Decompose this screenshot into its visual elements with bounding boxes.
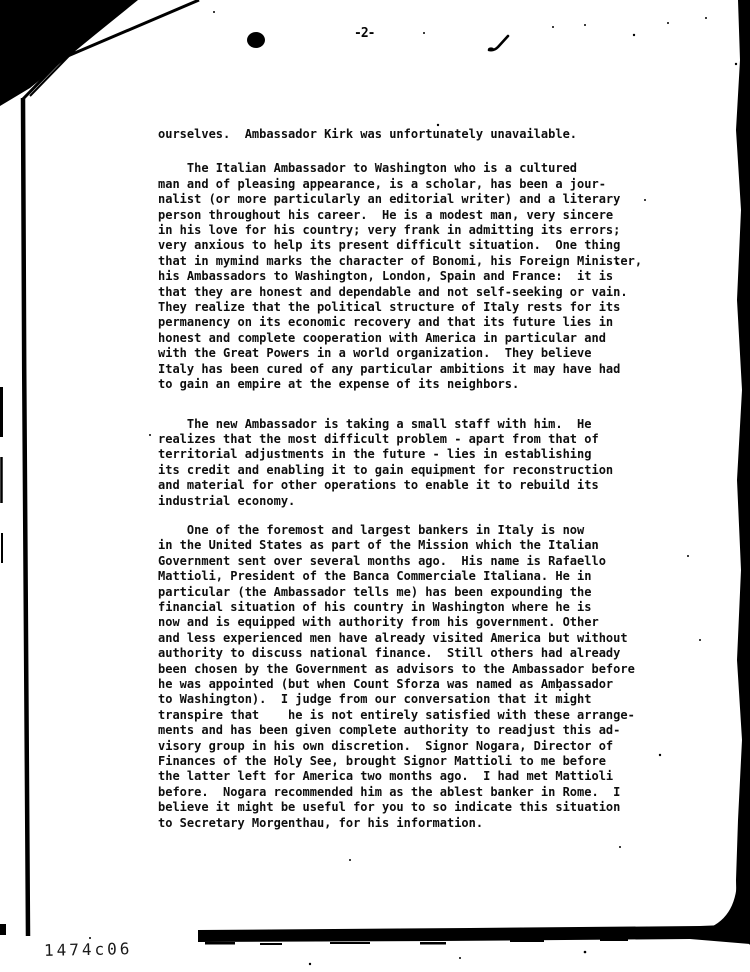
paragraph-1: ourselves. Ambassador Kirk was unfortuna… [158,127,663,142]
hole-punch-mark [247,32,265,48]
scan-fringe [205,939,628,945]
check-mark-blob [488,47,494,50]
scan-border-corner [695,870,750,940]
scan-border-right [736,0,750,945]
bottom-left-mark [0,924,6,935]
typewritten-text: ourselves. Ambassador Kirk was unfortuna… [158,127,663,831]
corner-crease-line-2 [30,27,97,96]
paragraph-3: The new Ambassador is taking a small sta… [158,417,663,509]
paragraph-2: The Italian Ambassador to Washington who… [158,161,663,392]
corner-crease-line [22,0,199,100]
scan-border-bottom [198,924,750,944]
page-edge-line-left [23,98,28,936]
corner-fold-shadow [0,0,138,106]
paragraph-4: One of the foremost and largest bankers … [158,523,663,831]
handwritten-stamp: 1474c06 [44,939,133,960]
scanned-page: -2- ourselves. Ambassador Kirk was unfor… [0,0,750,972]
check-mark [489,36,508,50]
page-number: -2- [354,26,374,41]
